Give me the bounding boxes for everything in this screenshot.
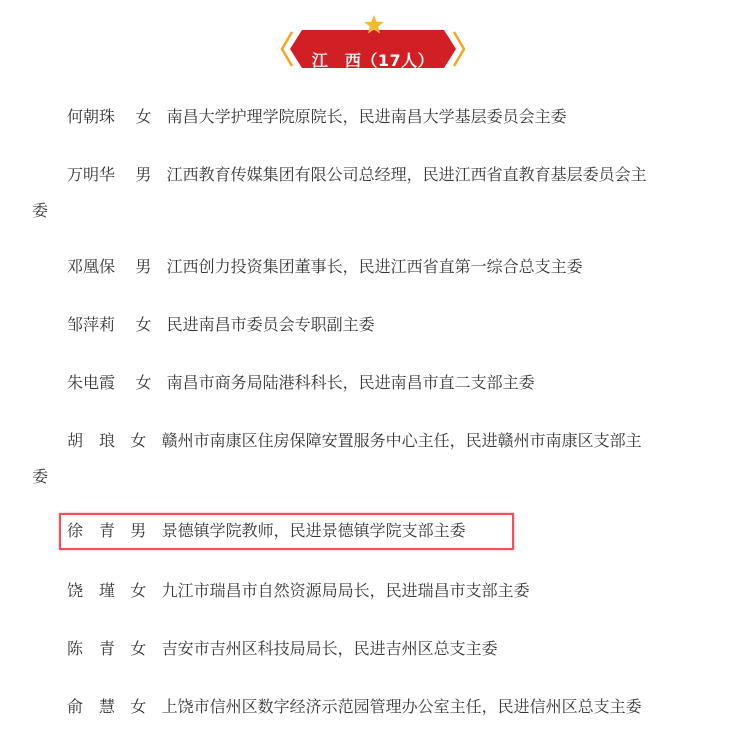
member-name: 邓凰保 <box>67 257 115 276</box>
member-gender: 男 <box>130 521 146 540</box>
member-entry-wrap: 委 <box>32 190 722 232</box>
section-banner: 江 西（17人） <box>278 14 468 72</box>
member-entry: 朱电霞 女 南昌市商务局陆港科科长，民进南昌市直二支部主委 <box>32 362 722 404</box>
member-name: 饶 瑾 <box>67 581 115 600</box>
member-description-wrap: 委 <box>32 201 48 220</box>
member-gender: 女 <box>130 581 146 600</box>
member-entry: 饶 瑾 女 九江市瑞昌市自然资源局局长，民进瑞昌市支部主委 <box>32 570 722 612</box>
member-description: 九江市瑞昌市自然资源局局长，民进瑞昌市支部主委 <box>162 581 530 600</box>
member-gender: 男 <box>135 165 151 184</box>
member-description: 赣州市南康区住房保障安置服务中心主任，民进赣州市南康区支部主 <box>162 431 642 450</box>
member-description: 吉安市吉州区科技局局长，民进吉州区总支主委 <box>162 639 498 658</box>
member-gender: 女 <box>130 639 146 658</box>
member-entry: 俞 慧 女 上饶市信州区数字经济示范园管理办公室主任，民进信州区总支主委 <box>32 686 722 728</box>
member-entry: 邓凰保 男 江西创力投资集团董事长，民进江西省直第一综合总支主委 <box>32 246 722 288</box>
member-entry-highlighted: 徐 青 男 景德镇学院教师，民进景德镇学院支部主委 <box>32 510 722 552</box>
member-gender: 女 <box>135 107 151 126</box>
member-gender: 女 <box>130 697 146 716</box>
member-description-wrap: 委 <box>32 467 48 486</box>
member-description: 民进南昌市委员会专职副主委 <box>167 315 375 334</box>
member-entry: 何朝珠 女 南昌大学护理学院原院长，民进南昌大学基层委员会主委 <box>32 96 722 138</box>
member-name: 万明华 <box>67 165 115 184</box>
member-description: 江西教育传媒集团有限公司总经理，民进江西省直教育基层委员会主 <box>167 165 647 184</box>
member-description: 南昌大学护理学院原院长，民进南昌大学基层委员会主委 <box>167 107 567 126</box>
member-entry: 邹萍莉 女 民进南昌市委员会专职副主委 <box>32 304 722 346</box>
member-description: 南昌市商务局陆港科科长，民进南昌市直二支部主委 <box>167 373 535 392</box>
member-gender: 女 <box>130 431 146 450</box>
member-description: 上饶市信州区数字经济示范园管理办公室主任，民进信州区总支主委 <box>162 697 642 716</box>
member-entry: 陈 青 女 吉安市吉州区科技局局长，民进吉州区总支主委 <box>32 628 722 670</box>
member-gender: 男 <box>135 257 151 276</box>
member-name: 陈 青 <box>67 639 115 658</box>
member-name: 何朝珠 <box>67 107 115 126</box>
member-name: 邹萍莉 <box>67 315 115 334</box>
member-name: 俞 慧 <box>67 697 115 716</box>
member-gender: 女 <box>135 315 151 334</box>
member-name: 胡 琅 <box>67 431 115 450</box>
member-entry-wrap: 委 <box>32 456 722 498</box>
section-title: 江 西（17人） <box>278 44 468 78</box>
member-description: 江西创力投资集团董事长，民进江西省直第一综合总支主委 <box>167 257 583 276</box>
member-description: 景德镇学院教师，民进景德镇学院支部主委 <box>162 521 466 540</box>
member-name: 朱电霞 <box>67 373 115 392</box>
member-name: 徐 青 <box>67 521 115 540</box>
member-gender: 女 <box>135 373 151 392</box>
